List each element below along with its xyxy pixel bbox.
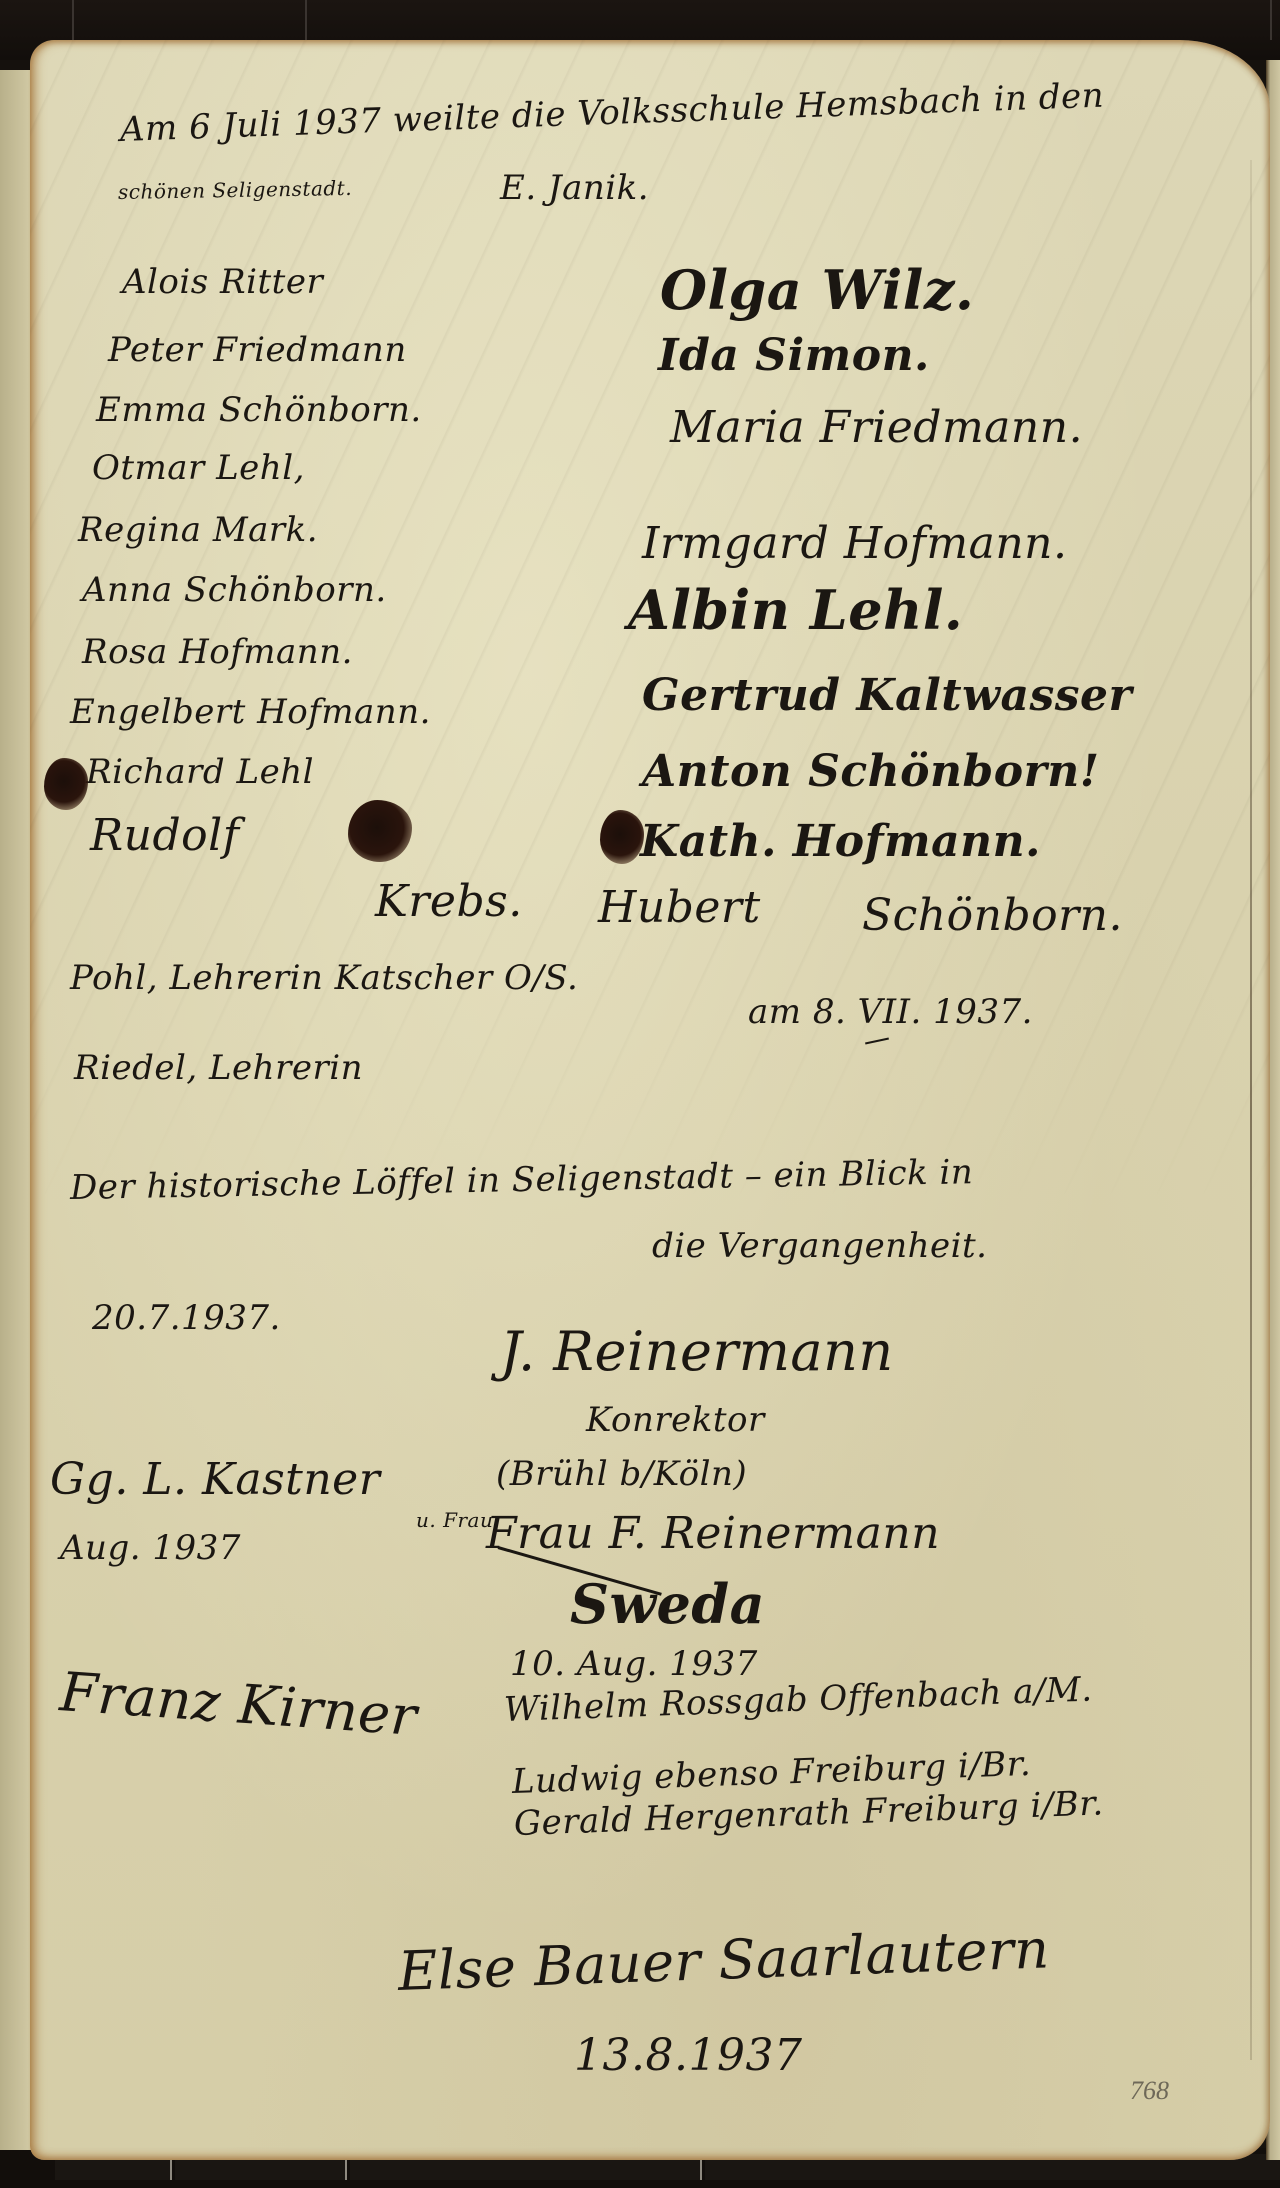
- student-name: Rudolf: [90, 810, 239, 861]
- student-name: Rosa Hofmann.: [82, 632, 353, 672]
- student-name: Engelbert Hofmann.: [70, 692, 431, 732]
- katscher-teacher-line: Pohl, Lehrerin Katscher O/S.: [70, 958, 578, 998]
- guestbook-page: Am 6 Juli 1937 weilte die Volksschule He…: [30, 40, 1270, 2160]
- else-date: 13.8.1937: [574, 2030, 802, 2081]
- ink-blot: [348, 800, 412, 862]
- student-name: Anna Schönborn.: [82, 570, 387, 610]
- page-number: 768: [1130, 2076, 1169, 2106]
- student-name: Schönborn.: [862, 890, 1123, 941]
- kastner-addition: u. Frau: [416, 1508, 493, 1532]
- ink-blot: [600, 810, 644, 864]
- lecture-title-line-2: die Vergangenheit.: [652, 1226, 987, 1266]
- student-name: Alois Ritter: [122, 262, 323, 302]
- stroke-signature: Sweda: [570, 1572, 765, 1636]
- student-name: Anton Schönborn!: [642, 746, 1100, 797]
- else-signature: Else Bauer Saarlautern: [397, 1917, 1051, 2003]
- scanned-page-scene: Am 6 Juli 1937 weilte die Volksschule He…: [0, 0, 1280, 2188]
- katscher-date: am 8. VII. 1937.: [748, 992, 1033, 1032]
- header-signature-janik: E. Janik.: [500, 168, 649, 208]
- student-name: Olga Wilz.: [660, 258, 974, 322]
- student-name: Krebs.: [375, 876, 523, 927]
- student-name: Emma Schönborn.: [96, 390, 422, 430]
- student-name: Kath. Hofmann.: [640, 816, 1041, 867]
- student-name: Hubert: [598, 882, 761, 933]
- header-line-2-left: schönen Seligenstadt.: [118, 176, 353, 204]
- franz-signature: Franz Kirner: [58, 1660, 419, 1748]
- ruler-tick: [305, 0, 307, 40]
- reinermann-place: (Brühl b/Köln): [496, 1454, 747, 1494]
- ruler-tick: [1270, 0, 1272, 40]
- lecture-title-line-1: Der historische Löffel in Seligenstadt –…: [70, 1152, 974, 1208]
- page-fold-line: [1250, 160, 1252, 2060]
- ink-blot: [44, 758, 88, 810]
- student-name: Ida Simon.: [658, 330, 930, 381]
- kastner-date: Aug. 1937: [60, 1528, 241, 1568]
- august-date: 10. Aug. 1937: [510, 1644, 758, 1684]
- student-name: Irmgard Hofmann.: [642, 518, 1067, 569]
- student-name: Regina Mark.: [78, 510, 318, 550]
- student-name: Otmar Lehl,: [92, 448, 305, 488]
- student-name: Maria Friedmann.: [670, 402, 1083, 453]
- reinermann-signature: J. Reinermann: [500, 1320, 894, 1383]
- reinermann-spouse: Frau F. Reinermann: [486, 1508, 940, 1559]
- student-name: Peter Friedmann: [108, 330, 407, 370]
- ruler-tick: [72, 0, 74, 40]
- lecture-date: 20.7.1937.: [92, 1298, 281, 1338]
- student-name: Gertrud Kaltwasser: [642, 670, 1132, 721]
- kastner-name: Gg. L. Kastner: [50, 1454, 380, 1505]
- katscher-teacher-2: Riedel, Lehrerin: [74, 1048, 363, 1088]
- header-line-1: Am 6 Juli 1937 weilte die Volksschule He…: [119, 76, 1104, 150]
- date-underline: [865, 1038, 889, 1045]
- student-name: Albin Lehl.: [628, 578, 963, 642]
- reinermann-title: Konrektor: [586, 1400, 765, 1440]
- student-name: Richard Lehl: [86, 752, 314, 792]
